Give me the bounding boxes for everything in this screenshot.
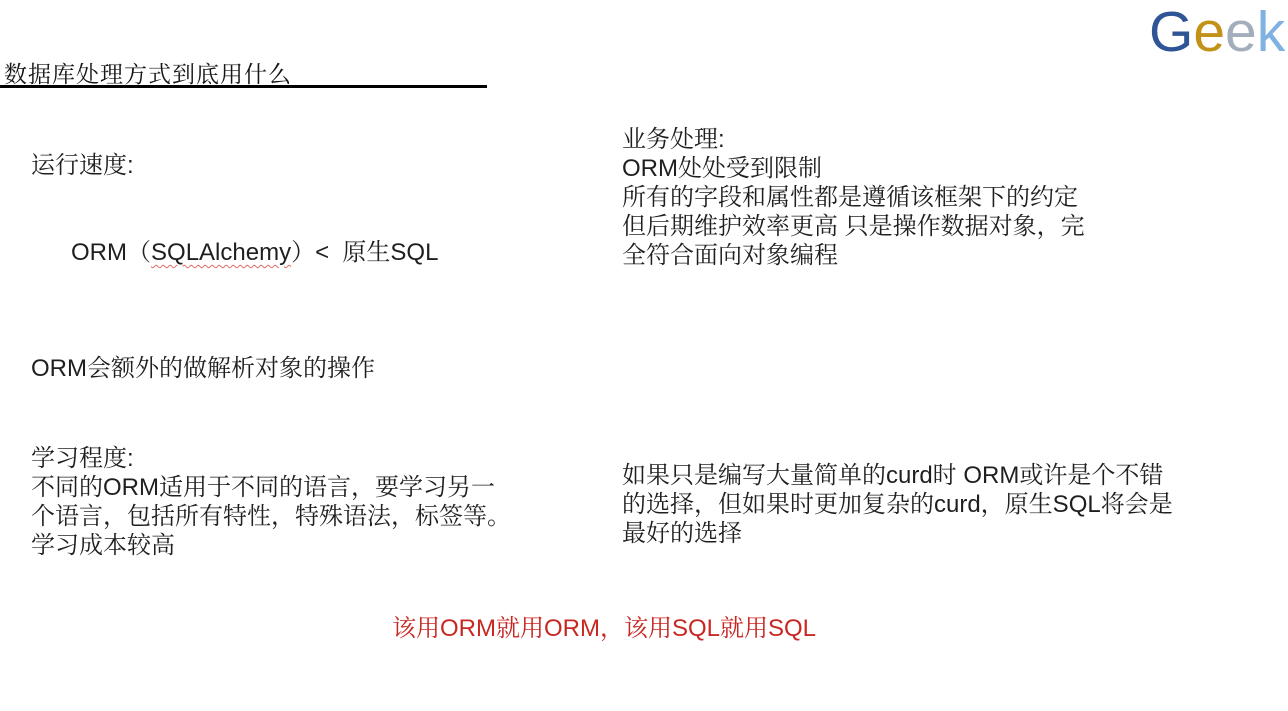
speed-comparison-line: ORM（SQLAlchemy）< 原生SQL — [31, 209, 438, 296]
speed-heading: 运行速度: — [31, 151, 438, 180]
logo-letter-g: G — [1149, 0, 1193, 64]
conclusion-text: 该用ORM就用ORM，该用SQL就用SQL — [392, 614, 816, 644]
speed-block: 运行速度: ORM（SQLAlchemy）< 原生SQL ORM会额外的做解析对… — [31, 122, 438, 412]
business-block: 业务处理: ORM处处受到限制 所有的字段和属性都是遵循该框架下的约定 但后期维… — [622, 125, 1085, 270]
logo-letter-k: k — [1257, 0, 1286, 64]
logo-letter-e2: e — [1225, 0, 1257, 64]
logo-letter-e1: e — [1193, 0, 1225, 64]
speed-comparison-spellcheck-word: SQLAlchemy — [151, 239, 291, 266]
geek-logo: Geek — [1149, 1, 1285, 64]
title-underline — [0, 85, 487, 88]
learning-block: 学习程度: 不同的ORM适用于不同的语言，要学习另一 个语言，包括所有特性，特殊… — [31, 444, 511, 560]
speed-note: ORM会额外的做解析对象的操作 — [31, 354, 438, 383]
speed-comparison-suffix: ）< 原生SQL — [291, 239, 438, 266]
slide-canvas: 数据库处理方式到底用什么 Geek 运行速度: ORM（SQLAlchemy）<… — [0, 0, 1288, 711]
speed-comparison-prefix: ORM（ — [71, 239, 151, 266]
curd-block: 如果只是编写大量简单的curd时 ORM或许是个不错 的选择，但如果时更加复杂的… — [622, 461, 1173, 548]
